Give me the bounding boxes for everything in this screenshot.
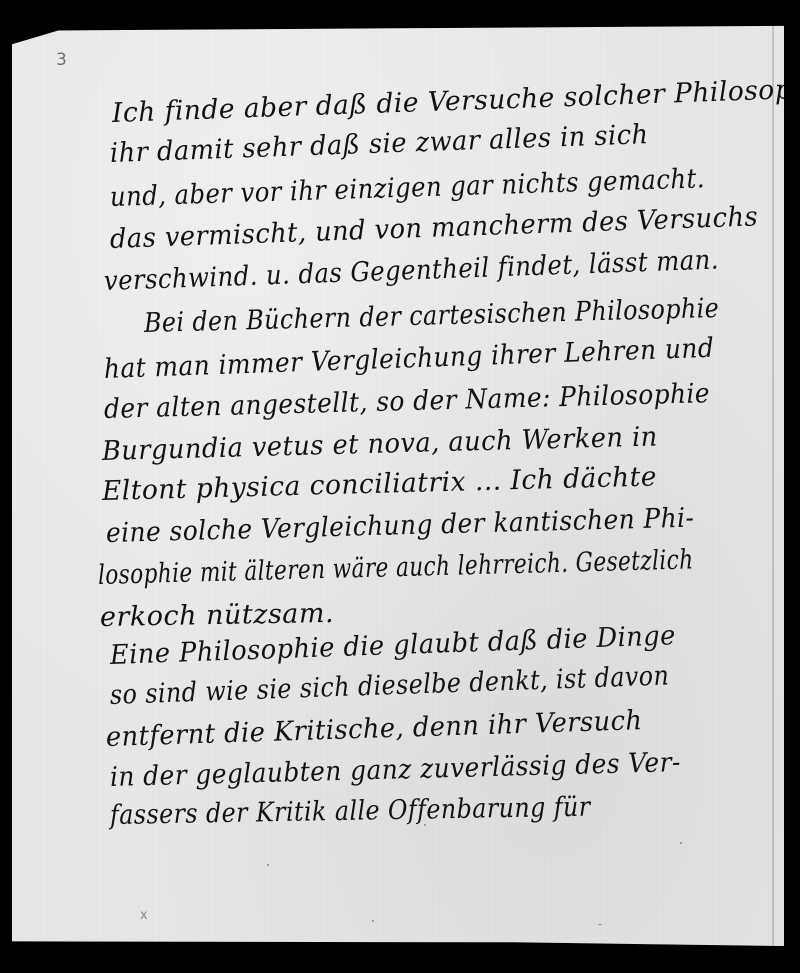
sheet-edge xyxy=(772,24,774,946)
manuscript-line: verschwind. u. das Gegentheil findet, lä… xyxy=(103,245,719,297)
manuscript-line: hat man immer Vergleichung ihrer Lehren … xyxy=(103,333,714,385)
manuscript-line: Ich finde aber daß die Versuche solcher … xyxy=(111,73,800,129)
manuscript-line: in der geglaubten ganz zuverlässig des V… xyxy=(110,747,682,793)
manuscript-line: der alten angestellt, so der Name: Philo… xyxy=(104,378,711,425)
manuscript-line: eine solche Vergleichung der kantischen … xyxy=(106,503,695,549)
manuscript-line: entfernt die Kritische, denn ihr Versuch xyxy=(106,705,643,753)
paper-speck xyxy=(680,842,682,844)
manuscript-line: ihr damit sehr daß sie zwar alles in sic… xyxy=(109,119,649,169)
paper-speck xyxy=(267,864,269,866)
manuscript-line: Burgundia vetus et nova, auch Werken in xyxy=(102,421,659,467)
paper-speck xyxy=(424,824,426,826)
paper-sheet: 3 Ich finde aber daß die Versuche solche… xyxy=(12,24,784,946)
folio-number: 3 xyxy=(56,50,67,70)
manuscript-line: losophie mit älteren wäre auch lehrreich… xyxy=(98,544,694,591)
manuscript-line: fassers der Kritik alle Offenbarung für xyxy=(110,792,591,831)
paper-speck xyxy=(372,920,374,922)
paper-mark: x xyxy=(140,908,148,923)
manuscript-line: Eltont physica conciliatrix ... Ich däch… xyxy=(102,461,658,507)
manuscript-line: Bei den Büchern der cartesischen Philoso… xyxy=(144,293,720,339)
paper-speck xyxy=(598,924,602,925)
manuscript-line: erkoch nützsam. xyxy=(100,598,335,633)
manuscript-scan: 3 Ich finde aber daß die Versuche solche… xyxy=(0,0,800,973)
